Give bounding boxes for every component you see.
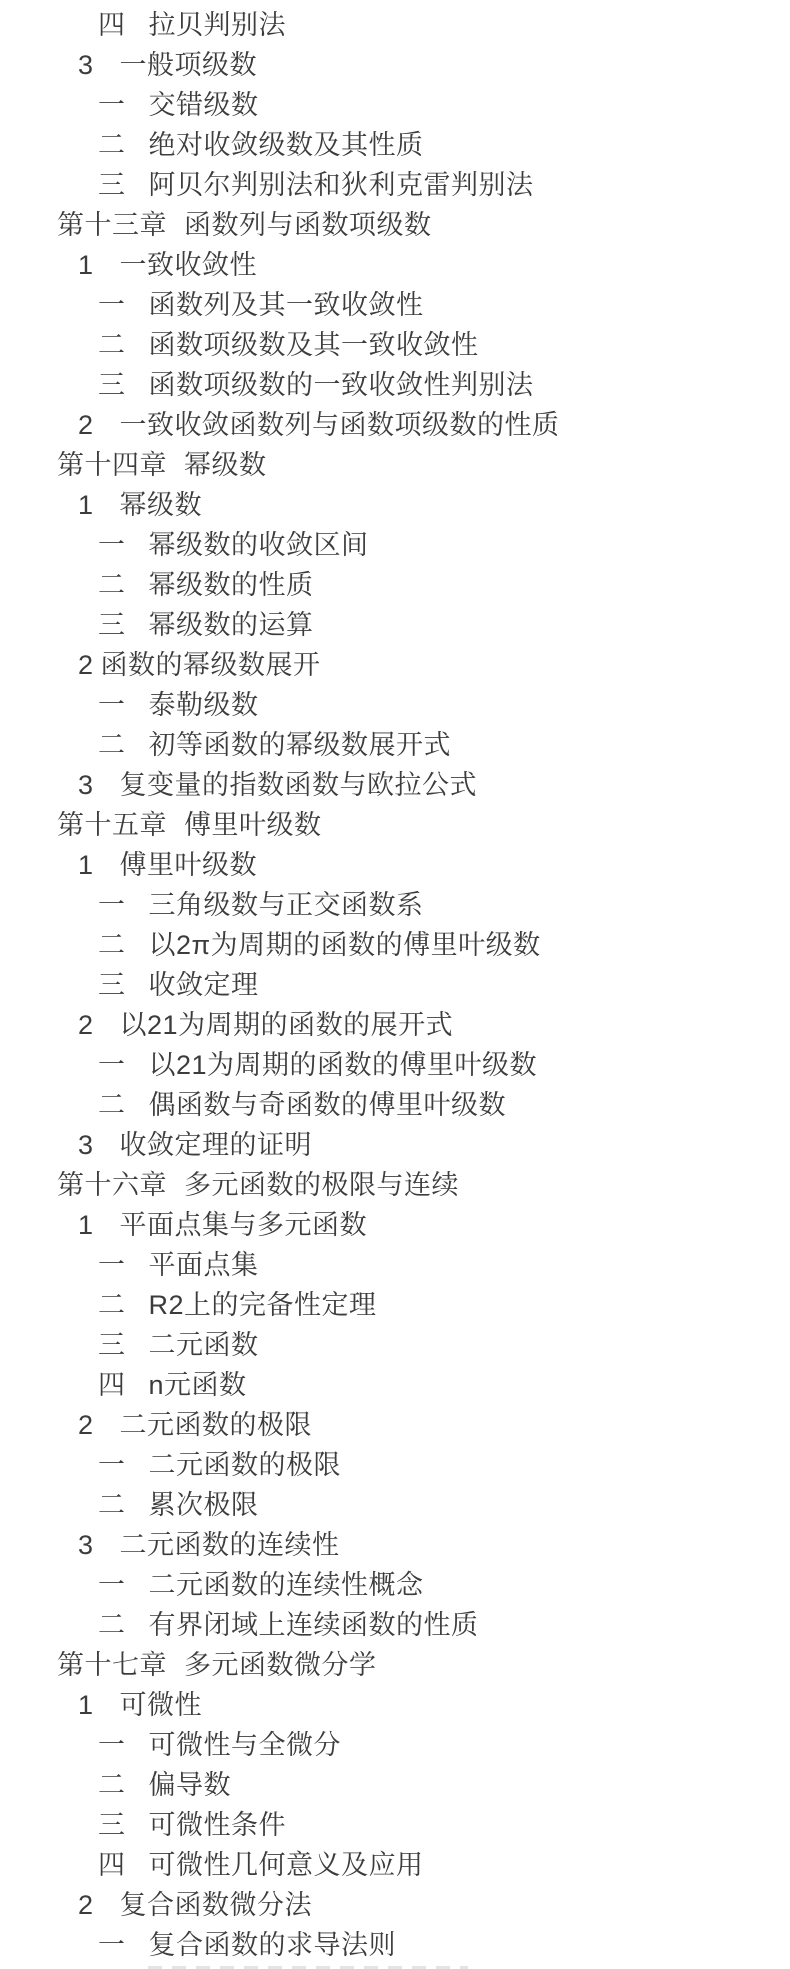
toc-row-text: 函数项级数及其一致收敛性 xyxy=(149,325,479,365)
toc-row-text: 傅里叶级数 xyxy=(184,805,322,845)
toc-row-text: 有界闭域上连续函数的性质 xyxy=(149,1605,479,1645)
toc-row-text: 可微性与全微分 xyxy=(149,1725,342,1765)
toc-row: 三 阿贝尔判别法和狄利克雷判别法 xyxy=(0,165,790,205)
toc-row-label: 一 xyxy=(98,285,126,325)
toc-row-label: 四 xyxy=(98,1845,126,1885)
toc-row-label: 二 xyxy=(98,125,126,165)
toc-row: 一 以21为周期的函数的傅里叶级数 xyxy=(0,1045,790,1085)
toc-row: 1 一致收敛性 xyxy=(0,245,790,285)
toc-row-text: 傅里叶级数 xyxy=(120,845,258,885)
toc-row-text: 偏导数 xyxy=(149,1765,232,1805)
toc-row: 一 二元函数的极限 xyxy=(0,1445,790,1485)
toc-row-label: 2 xyxy=(78,1405,94,1445)
toc-row: 2 以21为周期的函数的展开式 xyxy=(0,1005,790,1045)
toc-row-text: 幂级数的收敛区间 xyxy=(149,525,369,565)
toc-row-label: 3 xyxy=(78,45,94,85)
toc-row-text: 幂级数的运算 xyxy=(149,605,314,645)
toc-row-label: 一 xyxy=(98,1925,126,1965)
toc-row: 三 函数项级数的一致收敛性判别法 xyxy=(0,365,790,405)
toc-row-text: 幂级数 xyxy=(184,445,267,485)
toc-row: 一 泰勒级数 xyxy=(0,685,790,725)
toc-row-label: 一 xyxy=(98,85,126,125)
toc-row-text: 以2π为周期的函数的傅里叶级数 xyxy=(149,925,541,965)
toc-row-label: 二 xyxy=(98,925,126,965)
toc-row-text: 二元函数 xyxy=(149,1325,259,1365)
toc-row: 第十七章 多元函数微分学 xyxy=(0,1645,790,1685)
toc-row-label: 1 xyxy=(78,1685,94,1725)
toc-row: 2 二元函数的极限 xyxy=(0,1405,790,1445)
toc-row: 二 函数项级数及其一致收敛性 xyxy=(0,325,790,365)
toc-row: 1 幂级数 xyxy=(0,485,790,525)
toc-row: 三 幂级数的运算 xyxy=(0,605,790,645)
toc-row-text: 阿贝尔判别法和狄利克雷判别法 xyxy=(149,165,534,205)
toc-row: 1 平面点集与多元函数 xyxy=(0,1205,790,1245)
toc-row-text: 函数的幂级数展开 xyxy=(101,645,321,685)
toc-row-label: 一 xyxy=(98,885,126,925)
toc-row-text: 函数列及其一致收敛性 xyxy=(149,285,424,325)
toc-row: 一 二元函数的连续性概念 xyxy=(0,1565,790,1605)
toc-row: 三 可微性条件 xyxy=(0,1805,790,1845)
toc-row: 第十五章 傅里叶级数 xyxy=(0,805,790,845)
toc-row-text: 以21为周期的函数的展开式 xyxy=(120,1005,454,1045)
toc-row-text: 平面点集与多元函数 xyxy=(120,1205,368,1245)
toc-row-label: 第十三章 xyxy=(57,205,167,245)
toc-row-text: R2上的完备性定理 xyxy=(149,1285,377,1325)
toc-row-label: 三 xyxy=(98,605,126,645)
toc-row: 三 二元函数 xyxy=(0,1325,790,1365)
toc-row: 四 可微性几何意义及应用 xyxy=(0,1845,790,1885)
toc-row-text: 幂级数 xyxy=(120,485,203,525)
toc-row-text: 累次极限 xyxy=(149,1485,259,1525)
toc-row-label: 一 xyxy=(98,1725,126,1765)
toc-row-label: 一 xyxy=(98,1565,126,1605)
toc-row-label: 第十七章 xyxy=(57,1645,167,1685)
toc-row-text: 一致收敛函数列与函数项级数的性质 xyxy=(120,405,560,445)
toc-row-label: 第十四章 xyxy=(57,445,167,485)
toc-row-text: 复变量的指数函数与欧拉公式 xyxy=(120,765,478,805)
toc-row-label: 三 xyxy=(98,965,126,1005)
toc-row: 2 一致收敛函数列与函数项级数的性质 xyxy=(0,405,790,445)
toc-row-label: 1 xyxy=(78,845,94,885)
toc-row: 四 拉贝判别法 xyxy=(0,5,790,45)
toc-row-label: 3 xyxy=(78,765,94,805)
toc-row: 一 复合函数的求导法则 xyxy=(0,1925,790,1965)
toc-row-label: 2 xyxy=(78,405,94,445)
toc-row-label: 3 xyxy=(78,1125,94,1165)
toc-row-label: 一 xyxy=(98,525,126,565)
toc-list: 四 拉贝判别法 3 一般项级数 一 交错级数 二 绝对收敛级数及其性质 三 阿贝… xyxy=(0,5,790,1965)
toc-row-text: 函数项级数的一致收敛性判别法 xyxy=(149,365,534,405)
toc-page: 四 拉贝判别法 3 一般项级数 一 交错级数 二 绝对收敛级数及其性质 三 阿贝… xyxy=(0,0,790,1969)
toc-row-text: 二元函数的连续性概念 xyxy=(149,1565,424,1605)
toc-row: 1 傅里叶级数 xyxy=(0,845,790,885)
toc-row-text: n元函数 xyxy=(149,1365,247,1405)
toc-row-label: 1 xyxy=(78,1205,94,1245)
toc-row-label: 一 xyxy=(98,1045,126,1085)
toc-row-label: 二 xyxy=(98,1285,126,1325)
toc-row-label: 1 xyxy=(78,245,94,285)
toc-row-label: 三 xyxy=(98,1805,126,1845)
toc-row: 2 复合函数微分法 xyxy=(0,1885,790,1925)
toc-row-text: 收敛定理的证明 xyxy=(120,1125,313,1165)
toc-row: 2 函数的幂级数展开 xyxy=(0,645,790,685)
toc-row-text: 拉贝判别法 xyxy=(149,5,287,45)
toc-row-text: 泰勒级数 xyxy=(149,685,259,725)
toc-row-text: 绝对收敛级数及其性质 xyxy=(149,125,424,165)
toc-row: 3 收敛定理的证明 xyxy=(0,1125,790,1165)
toc-row-label: 一 xyxy=(98,1245,126,1285)
toc-row: 二 绝对收敛级数及其性质 xyxy=(0,125,790,165)
toc-row-label: 2 xyxy=(78,1005,94,1045)
toc-row: 二 有界闭域上连续函数的性质 xyxy=(0,1605,790,1645)
toc-row: 二 偶函数与奇函数的傅里叶级数 xyxy=(0,1085,790,1125)
toc-row-label: 3 xyxy=(78,1525,94,1565)
toc-row: 二 累次极限 xyxy=(0,1485,790,1525)
toc-row: 二 偏导数 xyxy=(0,1765,790,1805)
toc-row-text: 可微性条件 xyxy=(149,1805,287,1845)
toc-row-label: 四 xyxy=(98,1365,126,1405)
toc-row: 一 三角级数与正交函数系 xyxy=(0,885,790,925)
toc-row: 四 n元函数 xyxy=(0,1365,790,1405)
toc-row: 1 可微性 xyxy=(0,1685,790,1725)
toc-row-text: 二元函数的连续性 xyxy=(120,1525,340,1565)
toc-row: 一 交错级数 xyxy=(0,85,790,125)
toc-row-text: 可微性几何意义及应用 xyxy=(149,1845,424,1885)
toc-row-text: 可微性 xyxy=(120,1685,203,1725)
toc-row-text: 偶函数与奇函数的傅里叶级数 xyxy=(149,1085,507,1125)
toc-row-label: 二 xyxy=(98,1605,126,1645)
toc-row: 一 函数列及其一致收敛性 xyxy=(0,285,790,325)
toc-row: 第十六章 多元函数的极限与连续 xyxy=(0,1165,790,1205)
toc-row-label: 四 xyxy=(98,5,126,45)
toc-row-text: 收敛定理 xyxy=(149,965,259,1005)
toc-row-label: 1 xyxy=(78,485,94,525)
toc-row-label: 二 xyxy=(98,565,126,605)
toc-row-label: 一 xyxy=(98,685,126,725)
toc-row: 一 可微性与全微分 xyxy=(0,1725,790,1765)
toc-row-text: 复合函数微分法 xyxy=(120,1885,313,1925)
toc-row: 二 R2上的完备性定理 xyxy=(0,1285,790,1325)
toc-row-label: 三 xyxy=(98,165,126,205)
toc-row: 第十四章 幂级数 xyxy=(0,445,790,485)
toc-row-text: 二元函数的极限 xyxy=(149,1445,342,1485)
toc-row-text: 幂级数的性质 xyxy=(149,565,314,605)
toc-row: 二 初等函数的幂级数展开式 xyxy=(0,725,790,765)
toc-row-label: 二 xyxy=(98,1485,126,1525)
toc-row-text: 复合函数的求导法则 xyxy=(149,1925,397,1965)
toc-row-label: 二 xyxy=(98,725,126,765)
toc-row: 3 一般项级数 xyxy=(0,45,790,85)
toc-row: 二 以2π为周期的函数的傅里叶级数 xyxy=(0,925,790,965)
toc-row-label: 三 xyxy=(98,365,126,405)
toc-row-text: 交错级数 xyxy=(149,85,259,125)
toc-row-label: 二 xyxy=(98,325,126,365)
toc-row-label: 三 xyxy=(98,1325,126,1365)
toc-row-label: 一 xyxy=(98,1445,126,1485)
toc-row-label: 二 xyxy=(98,1765,126,1805)
toc-row-text: 以21为周期的函数的傅里叶级数 xyxy=(149,1045,538,1085)
toc-row: 一 幂级数的收敛区间 xyxy=(0,525,790,565)
toc-row-text: 多元函数的极限与连续 xyxy=(184,1165,459,1205)
toc-row-text: 三角级数与正交函数系 xyxy=(149,885,424,925)
toc-row-label: 2 xyxy=(78,645,94,685)
toc-row-text: 平面点集 xyxy=(149,1245,259,1285)
toc-row-label: 二 xyxy=(98,1085,126,1125)
toc-row-label: 第十五章 xyxy=(57,805,167,845)
toc-row: 第十三章 函数列与函数项级数 xyxy=(0,205,790,245)
toc-row: 三 收敛定理 xyxy=(0,965,790,1005)
toc-row-label: 第十六章 xyxy=(57,1165,167,1205)
toc-row: 一 平面点集 xyxy=(0,1245,790,1285)
toc-row-label: 2 xyxy=(78,1885,94,1925)
toc-row-text: 初等函数的幂级数展开式 xyxy=(149,725,452,765)
toc-row: 3 复变量的指数函数与欧拉公式 xyxy=(0,765,790,805)
toc-row-text: 函数列与函数项级数 xyxy=(184,205,432,245)
toc-row-text: 一致收敛性 xyxy=(120,245,258,285)
toc-row-text: 多元函数微分学 xyxy=(184,1645,377,1685)
toc-row: 3 二元函数的连续性 xyxy=(0,1525,790,1565)
toc-row: 二 幂级数的性质 xyxy=(0,565,790,605)
toc-row-text: 一般项级数 xyxy=(120,45,258,85)
toc-row-text: 二元函数的极限 xyxy=(120,1405,313,1445)
